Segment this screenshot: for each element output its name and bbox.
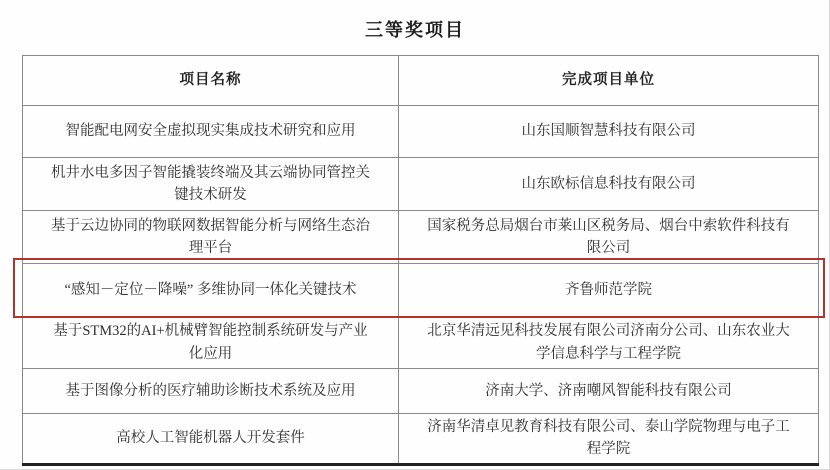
unit-cell: 国家税务总局烟台市莱山区税务局、烟台中索软件科技有限公司 [399,211,819,264]
unit-cell: 济南华清卓见教育科技有限公司、泰山学院物理与电子工程学院 [399,414,819,465]
unit-cell: 北京华清远见科技发展有限公司济南分公司、山东农业大学信息科学与工程学院 [399,317,819,369]
column-header-project-name: 项目名称 [23,56,399,106]
table-row: 高校人工智能机器人开发套件 济南华清卓见教育科技有限公司、泰山学院物理与电子工程… [23,414,819,465]
project-name-cell: 机井水电多因子智能撬装终端及其云端协同管控关键技术研发 [23,158,399,211]
project-name-cell: “感知－定位－降噪” 多维协同一体化关键技术 [23,264,399,317]
table-row: 机井水电多因子智能撬装终端及其云端协同管控关键技术研发 山东欧标信息科技有限公司 [23,158,819,211]
table-row: 基于云边协同的物联网数据智能分析与网络生态治理平台 国家税务总局烟台市莱山区税务… [23,211,819,264]
unit-cell: 济南大学、济南嘲风智能科技有限公司 [399,369,819,414]
project-name-cell: 智能配电网安全虚拟现实集成技术研究和应用 [23,106,399,158]
unit-cell: 山东国顺智慧科技有限公司 [399,106,819,158]
project-name-cell: 高校人工智能机器人开发套件 [23,414,399,465]
awards-table: 项目名称 完成项目单位 智能配电网安全虚拟现实集成技术研究和应用 山东国顺智慧科… [22,55,819,466]
unit-cell: 山东欧标信息科技有限公司 [399,158,819,211]
project-name-cell: 基于云边协同的物联网数据智能分析与网络生态治理平台 [23,211,399,264]
page-title: 三等奖项目 [0,16,830,42]
table-row-highlighted: “感知－定位－降噪” 多维协同一体化关键技术 齐鲁师范学院 [23,264,819,317]
column-header-completing-unit: 完成项目单位 [399,56,819,106]
unit-cell: 齐鲁师范学院 [399,264,819,317]
project-name-cell: 基于STM32的AI+机械臂智能控制系统研发与产业化应用 [23,317,399,369]
table-row: 基于STM32的AI+机械臂智能控制系统研发与产业化应用 北京华清远见科技发展有… [23,317,819,369]
document-page: 三等奖项目 项目名称 完成项目单位 智能配电网安全虚拟现实集成技术研究和应用 山… [0,0,830,470]
table-header-row: 项目名称 完成项目单位 [23,56,819,106]
table-row: 基于图像分析的医疗辅助诊断技术系统及应用 济南大学、济南嘲风智能科技有限公司 [23,369,819,414]
project-name-cell: 基于图像分析的医疗辅助诊断技术系统及应用 [23,369,399,414]
table-row: 智能配电网安全虚拟现实集成技术研究和应用 山东国顺智慧科技有限公司 [23,106,819,158]
